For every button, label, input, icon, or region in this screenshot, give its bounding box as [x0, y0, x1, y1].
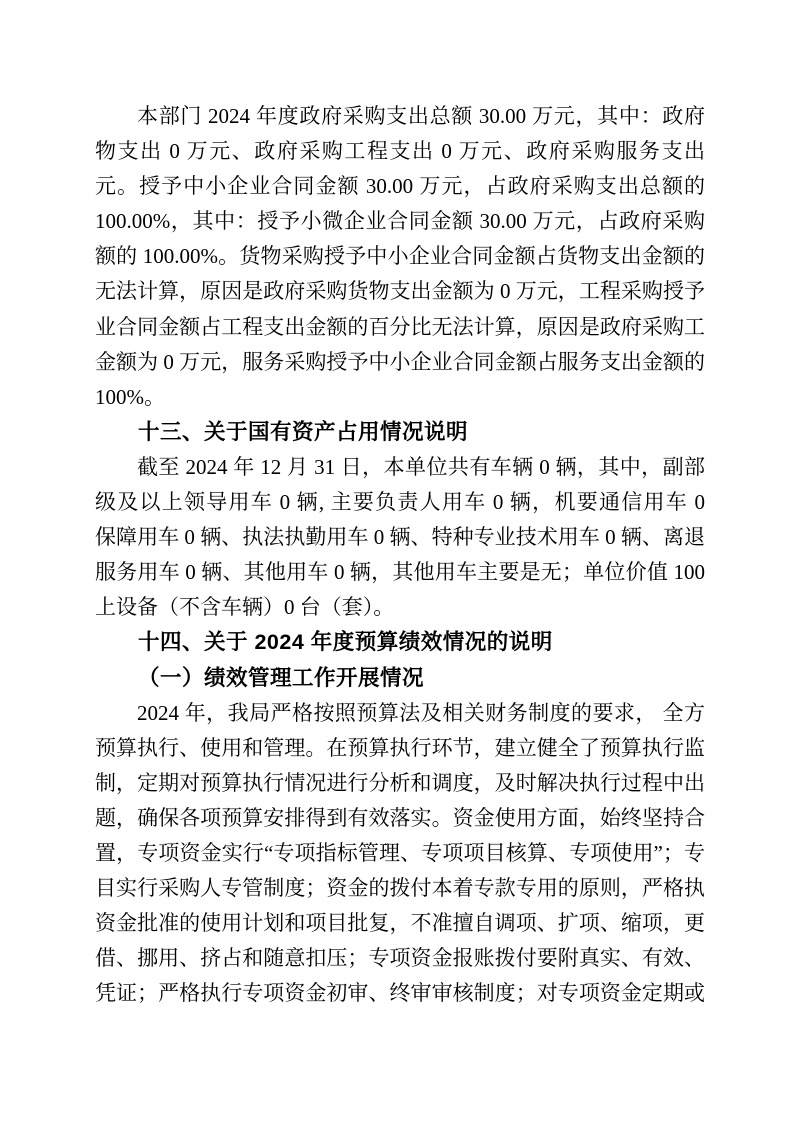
- text-line: 100%。: [95, 380, 705, 415]
- text-line: 预算执行、使用和管理。在预算执行环节，建立健全了预算执行监控机: [95, 731, 705, 766]
- section-13-heading: 十三、关于国有资产占用情况说明: [95, 415, 705, 450]
- text-line: 置，专项资金实行“专项指标管理、专项项目核算、专项使用”；专项项: [95, 836, 705, 871]
- text-line: 目实行采购人专管制度；资金的拨付本着专款专用的原则，严格执行项目: [95, 871, 705, 906]
- text-line: 制，定期对预算执行情况进行分析和调度，及时解决执行过程中出现的问: [95, 766, 705, 801]
- section-14-subheading-1: （一）绩效管理工作开展情况: [95, 661, 705, 696]
- text-line: 凭证；严格执行专项资金初审、终审审核制度；对专项资金定期或不定期: [95, 976, 705, 1011]
- performance-management-paragraph: 2024 年，我局严格按照预算法及相关财务制度的要求， 全方位加强 预算执行、使…: [95, 696, 705, 1012]
- text-line: 级及以上领导用车 0 辆, 主要负责人用车 0 辆，机要通信用车 0 辆、应急: [95, 485, 705, 520]
- text-line: 额的 100.00%。货物采购授予中小企业合同金额占货物支出金额的百分比: [95, 239, 705, 274]
- text-line: 无法计算，原因是政府采购货物支出金额为 0 万元，工程采购授予中小企: [95, 274, 705, 309]
- text-line: 借、挪用、挤占和随意扣压；专项资金报账拨付要附真实、有效、合法的: [95, 941, 705, 976]
- text-line: 2024 年，我局严格按照预算法及相关财务制度的要求， 全方位加强: [95, 696, 705, 731]
- text-line: 物支出 0 万元、政府采购工程支出 0 万元、政府采购服务支出 30.00 万: [95, 134, 705, 169]
- text-line: 资金批准的使用计划和项目批复，不准擅自调项、扩项、缩项，更不准拆: [95, 906, 705, 941]
- text-line: 截至 2024 年 12 月 31 日，本单位共有车辆 0 辆，其中，副部（省）: [95, 450, 705, 485]
- text-line: 元。授予中小企业合同金额 30.00 万元，占政府采购支出总额的: [95, 169, 705, 204]
- text-line: 100.00%，其中：授予小微企业合同金额 30.00 万元，占政府采购支出总: [95, 204, 705, 239]
- text-line: 题，确保各项预算安排得到有效落实。资金使用方面，始终坚持合理配: [95, 801, 705, 836]
- text-line: 金额为 0 万元，服务采购授予中小企业合同金额占服务支出金额的: [95, 345, 705, 380]
- text-line: 业合同金额占工程支出金额的百分比无法计算，原因是政府采购工程支出: [95, 310, 705, 345]
- document-page: 本部门 2024 年度政府采购支出总额 30.00 万元，其中：政府采购货 物支…: [0, 0, 793, 1122]
- text-line: 本部门 2024 年度政府采购支出总额 30.00 万元，其中：政府采购货: [95, 99, 705, 134]
- government-procurement-paragraph: 本部门 2024 年度政府采购支出总额 30.00 万元，其中：政府采购货 物支…: [95, 99, 705, 415]
- text-line: 保障用车 0 辆、执法执勤用车 0 辆、特种专业技术用车 0 辆、离退休干部: [95, 520, 705, 555]
- state-assets-paragraph: 截至 2024 年 12 月 31 日，本单位共有车辆 0 辆，其中，副部（省）…: [95, 450, 705, 625]
- text-line: 上设备（不含车辆）0 台（套）。: [95, 590, 705, 625]
- text-line: 服务用车 0 辆、其他用车 0 辆，其他用车主要是无；单位价值 100 万元以: [95, 555, 705, 590]
- section-14-heading: 十四、关于 2024 年度预算绩效情况的说明: [95, 625, 705, 660]
